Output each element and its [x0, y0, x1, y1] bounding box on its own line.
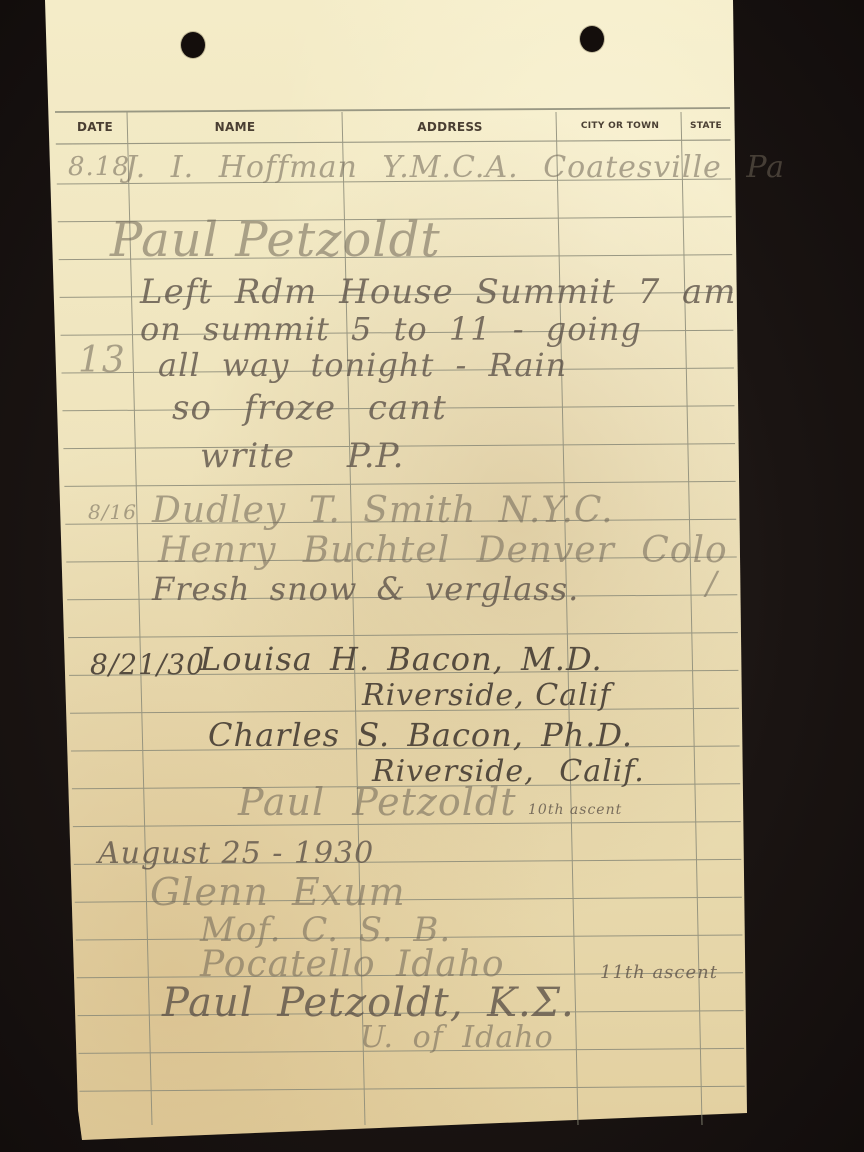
tally-mark: / [706, 564, 718, 602]
column-header-city: CITY OR TOWN [560, 121, 680, 131]
signature: Paul Petzoldt [238, 780, 517, 824]
entry-line: Henry Buchtel Denver Colo [158, 530, 728, 571]
signature: Paul Petzoldt [110, 212, 441, 268]
entry-date: August 25 - 1930 [98, 836, 374, 871]
note-line: so froze cant [172, 388, 447, 428]
entry-date: 8.18 [68, 152, 130, 182]
note-line: all way tonight - Rain [158, 346, 567, 384]
entry-date: 13 [78, 340, 126, 381]
column-header-state: STATE [683, 121, 729, 131]
signature: Glenn Exum [150, 870, 406, 914]
note-line: Left Rdm House Summit 7 am [140, 272, 737, 312]
entry-date: 8/21/30 [90, 648, 205, 681]
note-line: 10th ascent [528, 802, 622, 818]
entry-line: J. I. Hoffman Y.M.C.A. Coatesville Pa [125, 150, 785, 185]
address-line: U. of Idaho [360, 1020, 554, 1055]
note-line: Fresh snow & verglass. [152, 570, 579, 608]
entry-line: Charles S. Bacon, Ph.D. [208, 716, 633, 754]
note-line: write P.P. [200, 436, 404, 476]
note-line: on summit 5 to 11 - going [140, 310, 642, 348]
entry-line: Dudley T. Smith N.Y.C. [152, 490, 614, 531]
column-header-date: DATE [72, 120, 118, 134]
entry-date: 8/16 [88, 500, 137, 524]
address-line: Riverside, Calif [362, 678, 611, 713]
column-header-name: NAME [130, 120, 340, 134]
note-line: 11th ascent [600, 962, 718, 983]
address-line: Pocatello Idaho [200, 944, 505, 985]
entry-line: Louisa H. Bacon, M.D. [200, 640, 603, 678]
column-header-address: ADDRESS [345, 120, 555, 134]
